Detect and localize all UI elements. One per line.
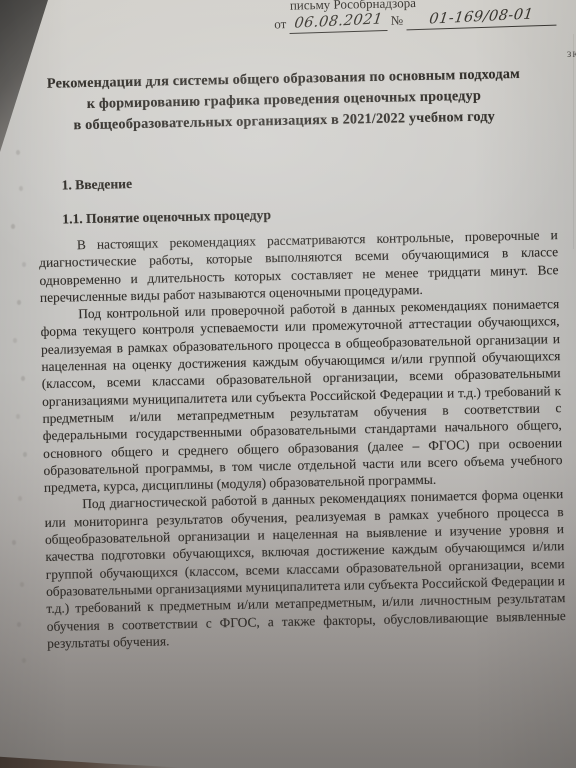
body-text: В настоящих рекомендациях рассматриваютс…: [39, 226, 567, 652]
body-paragraph-1: В настоящих рекомендациях рассматриваютс…: [39, 226, 559, 306]
page-title: Рекомендации для системы общего образова…: [15, 63, 552, 137]
paper-sheet: от письму Рособрнадзора от 06.08.2021 № …: [0, 0, 576, 768]
document-content: от письму Рособрнадзора от 06.08.2021 № …: [0, 0, 576, 768]
handwritten-date: 06.08.2021: [293, 11, 383, 32]
reference-from-label: от: [274, 16, 286, 31]
reference-date-underline: 06.08.2021: [289, 12, 388, 34]
reference-number-underline: 01-169/08-01: [406, 7, 557, 31]
bleed-through-marks: [16, 150, 20, 155]
body-paragraph-3: Под диагностической работой в данных рек…: [44, 486, 566, 653]
reference-number-label: №: [390, 12, 403, 27]
next-sheet-text-fragment: зк: [567, 48, 576, 60]
section-heading-introduction: 1. Введение: [61, 176, 132, 193]
body-paragraph-2: Под контрольной или проверочной работой …: [40, 295, 563, 496]
section-heading-assessment-procedures: 1.1. Понятие оценочных процедур: [62, 207, 271, 227]
next-sheet-edge-line: [573, 34, 574, 249]
handwritten-number: 01-169/08-01: [428, 6, 534, 28]
